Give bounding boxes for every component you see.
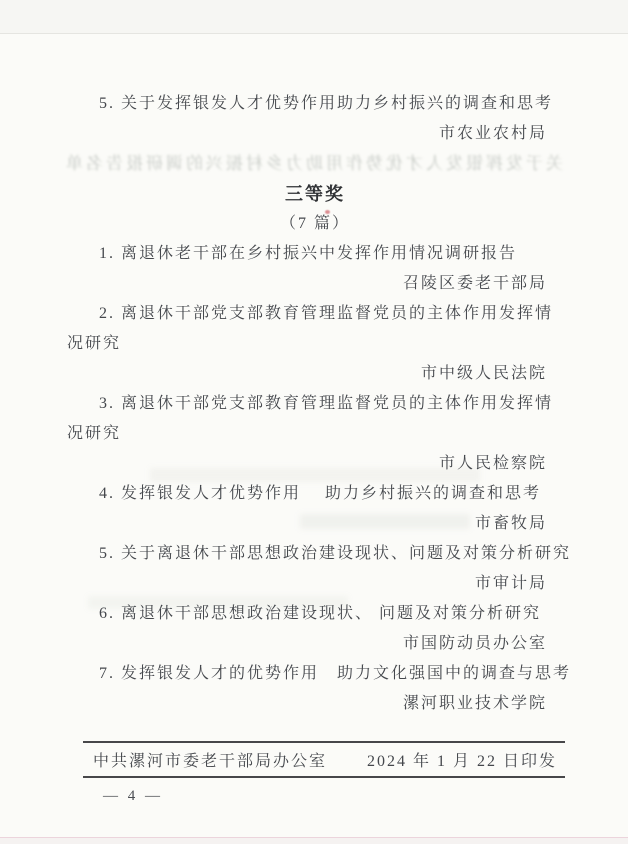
scan-edge-top (0, 0, 628, 34)
footer-print-date: 2024 年 1 月 22 日印发 (367, 748, 565, 771)
ghost-bleed-text: 关于发挥银发人才优势作用助力乡村振兴的调研报告名单 (67, 149, 563, 179)
award-entry-title-continued: 况研究 (67, 419, 563, 449)
award-entry-org: 漯河职业技术学院 (67, 689, 563, 719)
document-body: 5. 关于发挥银发人才优势作用助力乡村振兴的调查和思考市农业农村局关于发挥银发人… (67, 89, 563, 719)
footer: 中共漯河市委老干部局办公室 2024 年 1 月 22 日印发 (83, 743, 565, 776)
award-entry-title: 4. 发挥银发人才优势作用 助力乡村振兴的调查和思考 (67, 479, 563, 509)
footer-issuer: 中共漯河市委老干部局办公室 (83, 748, 327, 771)
award-entry-title: 3. 离退休干部党支部教育管理监督党员的主体作用发挥情 (67, 389, 563, 419)
scan-edge-bottom (0, 837, 628, 844)
page-number: — 4 — (103, 788, 163, 805)
award-entry-title: 2. 离退休干部党支部教育管理监督党员的主体作用发挥情 (67, 299, 563, 329)
award-entry-org: 市国防动员办公室 (67, 629, 563, 659)
award-entry-title: 1. 离退休老干部在乡村振兴中发挥作用情况调研报告 (67, 239, 563, 269)
award-entry-org: 召陵区委老干部局 (67, 269, 563, 299)
award-entry-title-continued: 况研究 (67, 329, 563, 359)
award-entry-title: 5. 关于离退休干部思想政治建设现状、问题及对策分析研究 (67, 539, 563, 569)
scanned-document-page: 5. 关于发挥银发人才优势作用助力乡村振兴的调查和思考市农业农村局关于发挥银发人… (0, 0, 628, 844)
section-heading: 三等奖 (67, 179, 563, 209)
award-entry-title: 7. 发挥银发人才的优势作用 助力文化强国中的调查与思考 (67, 659, 563, 689)
award-entry-org: 市中级人民法院 (67, 359, 563, 389)
award-entry-org: 市农业农村局 (67, 119, 563, 149)
award-entry-org: 市人民检察院 (67, 449, 563, 479)
award-entry-title: 6. 离退休干部思想政治建设现状、 问题及对策分析研究 (67, 599, 563, 629)
footer-bottom-rule (83, 776, 565, 778)
award-entry-org: 市审计局 (67, 569, 563, 599)
award-entry-org: 市畜牧局 (67, 509, 563, 539)
award-entry-title: 5. 关于发挥银发人才优势作用助力乡村振兴的调查和思考 (67, 89, 563, 119)
section-count: （7 篇） (67, 209, 563, 239)
